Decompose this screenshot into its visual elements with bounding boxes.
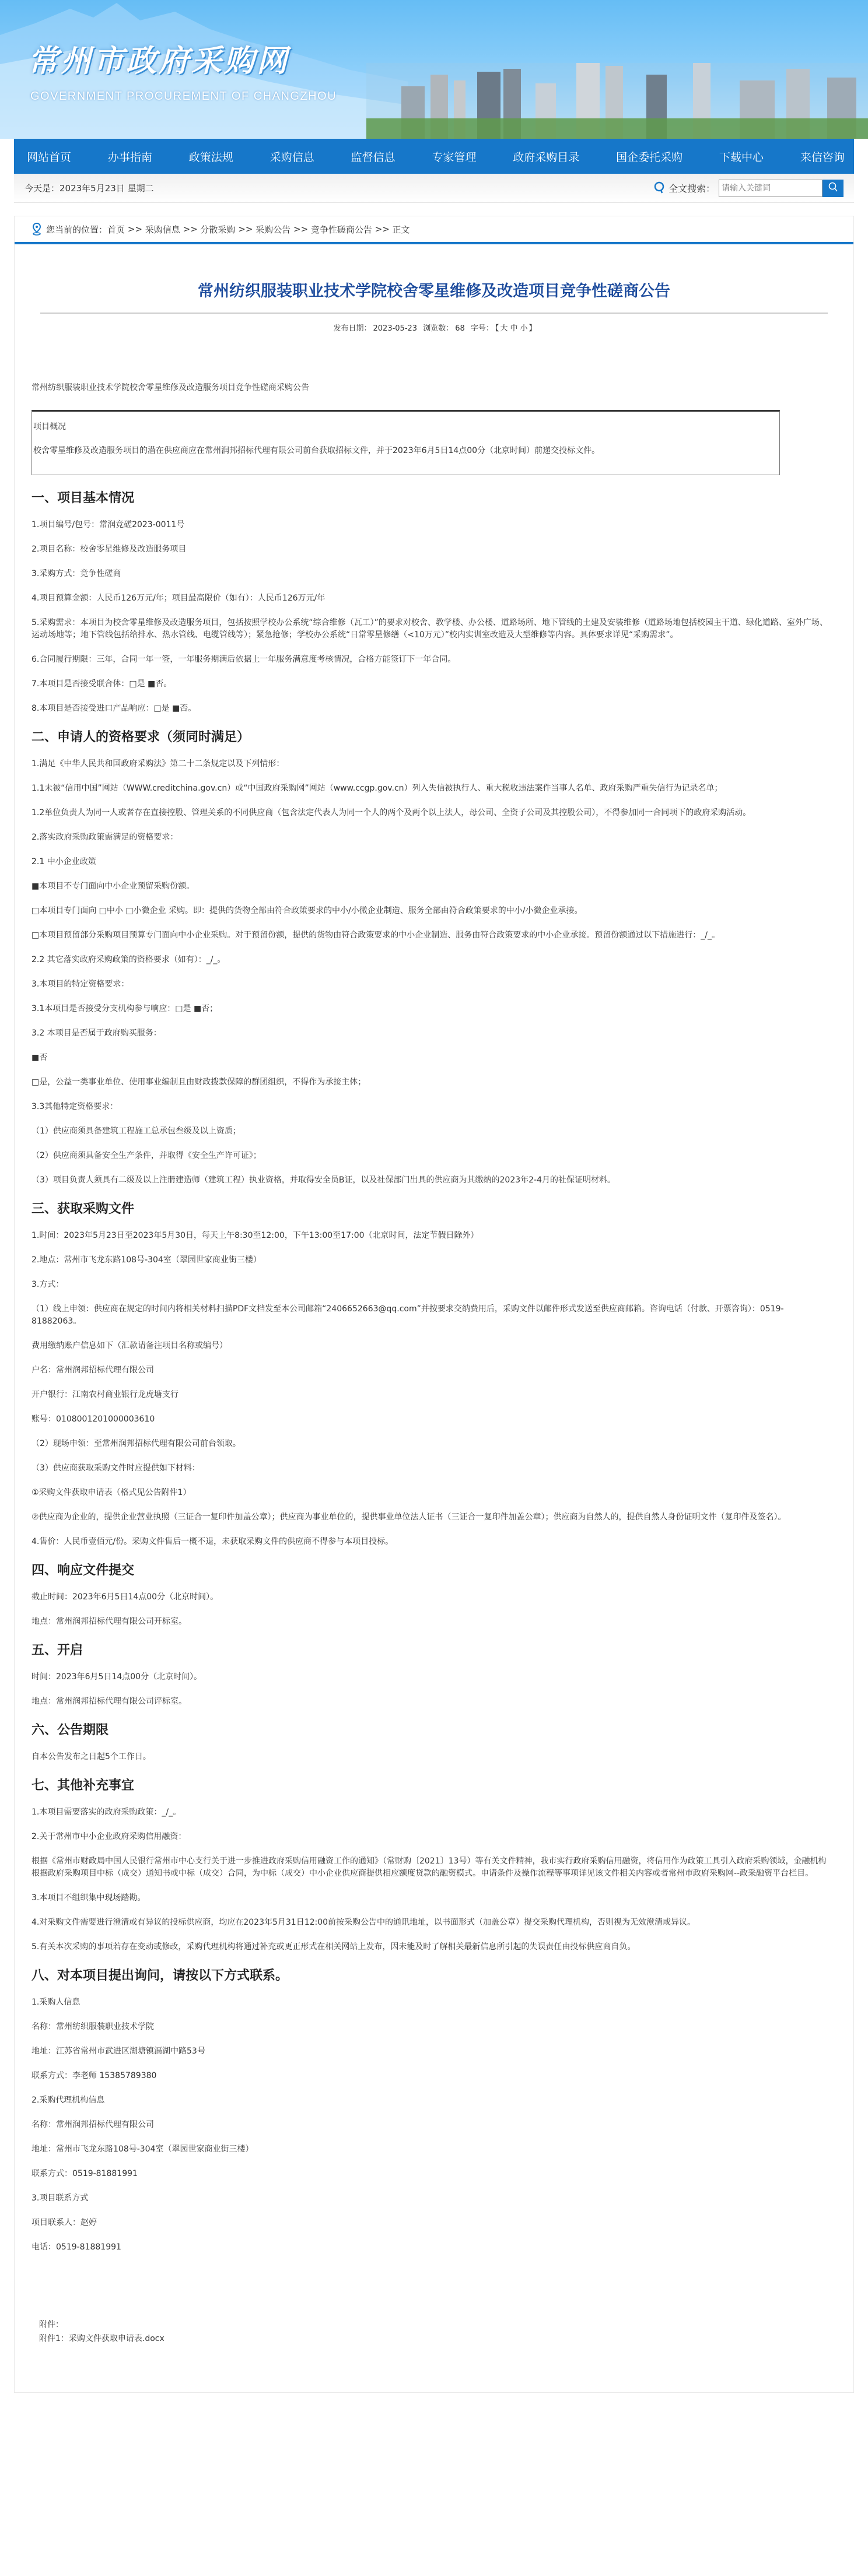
section-paragraph: 3.1本项目是否接受分支机构参与响应：□是 ■否； [32,1003,829,1015]
breadcrumb-decentralized[interactable]: 分散采购 [200,223,235,236]
section-heading: 六、公告期限 [32,1720,829,1738]
nav-item-catalog[interactable]: 政府采购目录 [513,149,579,164]
search-label: 全文搜索： [668,181,715,195]
section-paragraph: 5.有关本次采购的事项若存在变动或修改，采购代理机构将通过补充或更正形式在相关网… [32,1941,829,1953]
section-paragraph: 6.合同履行期限：三年，合同一年一签，一年服务期满后依据上一年服务满意度考核情况… [32,654,829,666]
article-body: 常州纺织服装职业技术学院校舍零星维修及改造服务项目竞争性磋商采购公告 项目概况 … [15,382,853,2254]
fulltext-search: 全文搜索： [653,180,843,197]
section-paragraph: 1.2单位负责人为同一人或者存在直接控股、管理关系的不同供应商（包含法定代表人为… [32,807,829,819]
section-paragraph: □本项目预留部分采购项目预算专门面向中小企业采购。对于预留份额，提供的货物由符合… [32,929,829,942]
font-size-bracket: 【 [495,324,499,333]
section-paragraph: 2.采购代理机构信息 [32,2094,829,2107]
project-overview-box: 项目概况 校舍零星维修及改造服务项目的潜在供应商应在常州润邦招标代理有限公司前台… [32,410,780,475]
section-paragraph: 1.本项目需要落实的政府采购政策：_/_。 [32,1806,829,1819]
section-paragraph: 4.对采购文件需要进行澄清或有异议的投标供应商，均应在2023年5月31日12:… [32,1917,829,1929]
site-subtitle: GOVERNMENT PROCUREMENT OF CHANGZHOU [30,90,337,103]
breadcrumb-home[interactable]: 首页 [107,223,125,236]
section-paragraph: 3.本项目不组织集中现场踏勘。 [32,1892,829,1904]
nav-item-soe-procurement[interactable]: 国企委托采购 [616,149,682,164]
search-button[interactable] [822,180,843,197]
nav-item-guide[interactable]: 办事指南 [108,149,152,164]
spacer [15,2346,853,2381]
section-paragraph: 4.项目预算金额：人民币126万元/年；项目最高限价（如有）：人民币126万元/… [32,592,829,605]
section-paragraph: 2.2 其它落实政府采购政策的资格要求（如有）：_/_。 [32,954,829,966]
location-pin-icon [32,223,41,236]
section-paragraph: 3.项目联系方式 [32,2192,829,2205]
section-paragraph: □本项目专门面向 □中小 □小微企业 采购。即：提供的货物全部由符合政策要求的中… [32,905,829,917]
today-date: 今天是：2023年5月23日 星期二 [24,182,154,194]
breadcrumb-procurement-info[interactable]: 采购信息 [145,223,180,236]
breadcrumb-separator: >> [235,224,256,234]
nav-item-experts[interactable]: 专家管理 [432,149,476,164]
page-bottom-spacer [0,2393,868,2426]
section-heading: 五、开启 [32,1640,829,1658]
section-paragraph: 3.3其他特定资格要求： [32,1101,829,1113]
search-icon [653,181,665,196]
views-label: 浏览数： [423,324,453,333]
breadcrumb-consultation-notice[interactable]: 竞争性磋商公告 [311,223,372,236]
font-size-label: 字号： [471,324,494,333]
breadcrumb-separator: >> [125,224,145,234]
breadcrumb-current: 正文 [393,223,410,236]
section-paragraph: 费用缴纳账户信息如下（汇款请备注项目名称或编号） [32,1340,829,1352]
section-heading: 七、其他补充事宜 [32,1775,829,1794]
overview-heading: 项目概况 [33,421,778,433]
section-paragraph: 联系方式：0519-81881991 [32,2168,829,2180]
article-sections: 一、项目基本情况1.项目编号/包号：常润竞磋2023-0011号2.项目名称：校… [32,488,829,2254]
section-paragraph: 4.售价：人民币壹佰元/份。采购文件售后一概不退，未获取采购文件的供应商不得参与… [32,1536,829,1548]
section-paragraph: 2.项目名称：校舍零星维修及改造服务项目 [32,543,829,556]
magnifier-icon [828,182,838,195]
section-paragraph: 2.落实政府采购政策需满足的资格要求： [32,831,829,844]
section-paragraph: 项目联系人：赵婷 [32,2217,829,2229]
breadcrumb-separator: >> [372,224,393,234]
city-skyline-image [366,63,868,139]
font-size-large[interactable]: 大 [500,324,508,333]
section-paragraph: （3）供应商获取采购文件时应提供如下材料： [32,1462,829,1475]
section-paragraph: （3）项目负责人须具有二级及以上注册建造师（建筑工程）执业资格，并取得安全员B证… [32,1174,829,1187]
views-count: 68 [455,324,465,333]
section-paragraph: 8.本项目是否接受进口产品响应：□是 ■否。 [32,703,829,715]
section-paragraph: 时间：2023年6月5日14点00分（北京时间）。 [32,1671,829,1683]
section-paragraph: 自本公告发布之日起5个工作日。 [32,1751,829,1763]
nav-item-home[interactable]: 网站首页 [27,149,71,164]
font-size-bracket: 】 [528,324,536,333]
breadcrumb-announcements[interactable]: 采购公告 [256,223,290,236]
section-paragraph: 截止时间：2023年6月5日14点00分（北京时间）。 [32,1591,829,1603]
section-paragraph: 5.采购需求：本项目为校舍零星维修及改造服务项目，包括按照学校办公系统“综合维修… [32,617,829,641]
section-paragraph: 2.1 中小企业政策 [32,856,829,868]
overview-text: 校舍零星维修及改造服务项目的潜在供应商应在常州润邦招标代理有限公司前台获取招标文… [33,445,778,457]
section-paragraph: 开户银行：江南农村商业银行龙虎塘支行 [32,1389,829,1401]
section-paragraph: 户名：常州润邦招标代理有限公司 [32,1364,829,1377]
section-heading: 二、申请人的资格要求（须同时满足） [32,727,829,745]
section-paragraph: ①采购文件获取申请表（格式见公告附件1） [32,1487,829,1499]
section-paragraph: 7.本项目是否接受联合体：□是 ■否。 [32,678,829,690]
section-paragraph: 2.关于常州市中小企业政府采购信用融资： [32,1831,829,1843]
nav-item-supervision[interactable]: 监督信息 [351,149,395,164]
section-paragraph: 3.采购方式：竞争性磋商 [32,568,829,580]
section-paragraph: ■本项目不专门面向中小企业预留采购份额。 [32,880,829,893]
title-divider [40,313,828,314]
section-paragraph: □是，公益一类事业单位、使用事业编制且由财政拨款保障的群团组织，不得作为承接主体… [32,1076,829,1089]
section-heading: 四、响应文件提交 [32,1560,829,1578]
breadcrumb: 您当前的位置： 首页 >> 采购信息 >> 分散采购 >> 采购公告 >> 竞争… [15,216,853,244]
attachments-label: 附件： [39,2318,853,2332]
section-paragraph: （2）现场申领：至常州润邦招标代理有限公司前台领取。 [32,1438,829,1450]
breadcrumb-separator: >> [290,224,311,234]
nav-item-policy[interactable]: 政策法规 [189,149,233,164]
search-input[interactable] [719,180,822,197]
publish-date: 2023-05-23 [373,324,418,333]
nav-item-downloads[interactable]: 下载中心 [719,149,764,164]
site-banner: 常州市政府采购网 GOVERNMENT PROCUREMENT OF CHANG… [0,0,868,139]
section-paragraph: 名称：常州润邦招标代理有限公司 [32,2119,829,2131]
article-meta: 发布日期：2023-05-23 浏览数：68 字号：【大中小】 [15,322,853,333]
section-paragraph: 名称：常州纺织服装职业技术学院 [32,2021,829,2033]
section-paragraph: 3.本项目的特定资格要求： [32,978,829,991]
font-size-small[interactable]: 小 [520,324,527,333]
publish-label: 发布日期： [333,324,371,333]
section-heading: 一、项目基本情况 [32,488,829,506]
site-title: 常州市政府采购网 [28,36,289,80]
section-paragraph: 1.采购人信息 [32,1996,829,2009]
section-paragraph: 3.方式： [32,1279,829,1291]
section-paragraph: 1.项目编号/包号：常润竞磋2023-0011号 [32,519,829,531]
article-title: 常州纺织服装职业技术学院校舍零星维修及改造项目竞争性磋商公告 [15,278,853,313]
section-paragraph: ■否 [32,1052,829,1064]
section-paragraph: （1）线上申领：供应商在规定的时间内将相关材料扫描PDF文档发至本公司邮箱“24… [32,1303,829,1328]
section-paragraph: 联系方式：李老师 15385789380 [32,2070,829,2082]
attachment-link[interactable]: 附件1：采购文件获取申请表.docx [39,2334,164,2343]
section-paragraph: 根据《常州市财政局中国人民银行常州市中心支行关于进一步推进政府采购信用融资工作的… [32,1855,829,1880]
section-paragraph: 地点：常州润邦招标代理有限公司评标室。 [32,1696,829,1708]
section-paragraph: 1.时间：2023年5月23日至2023年5月30日，每天上午8:30至12:0… [32,1230,829,1242]
section-heading: 八、对本项目提出询问，请按以下方式联系。 [32,1966,829,1984]
section-paragraph: 地点：常州润邦招标代理有限公司开标室。 [32,1616,829,1628]
date-search-bar: 今天是：2023年5月23日 星期二 全文搜索： [14,174,854,203]
section-paragraph: 电话：0519-81881991 [32,2241,829,2254]
section-heading: 三、获取采购文件 [32,1199,829,1217]
section-paragraph: 1.1未被“信用中国”网站（WWW.creditchina.gov.cn）或“中… [32,782,829,795]
section-paragraph: ②供应商为企业的，提供企业营业执照（三证合一复印件加盖公章）；供应商为事业单位的… [32,1511,829,1524]
section-paragraph: 地址：江苏省常州市武进区湖塘镇滆湖中路53号 [32,2045,829,2058]
main-nav: 网站首页 办事指南 政策法规 采购信息 监督信息 专家管理 政府采购目录 国企委… [14,139,854,174]
section-paragraph: 2.地点：常州市飞龙东路108号-304室（翠园世家商业街三楼） [32,1254,829,1266]
section-paragraph: 地址：常州市飞龙东路108号-304室（翠园世家商业街三楼） [32,2143,829,2156]
section-paragraph: 3.2 本项目是否属于政府购买服务： [32,1027,829,1040]
section-paragraph: （2）供应商须具备安全生产条件，并取得《安全生产许可证》； [32,1150,829,1162]
section-paragraph: （1）供应商须具备建筑工程施工总承包叁级及以上资质； [32,1125,829,1138]
font-size-medium[interactable]: 中 [510,324,517,333]
nav-item-consultation[interactable]: 来信咨询 [800,149,845,164]
intro-line: 常州纺织服装职业技术学院校舍零星维修及改造服务项目竞争性磋商采购公告 [32,382,829,394]
article-container: 您当前的位置： 首页 >> 采购信息 >> 分散采购 >> 采购公告 >> 竞争… [14,216,854,2393]
attachments: 附件： 附件1：采购文件获取申请表.docx [15,2318,853,2346]
breadcrumb-separator: >> [180,224,201,234]
breadcrumb-prefix: 您当前的位置： [46,223,107,236]
section-paragraph: 账号：0108001201000003610 [32,1413,829,1426]
nav-item-procurement-info[interactable]: 采购信息 [270,149,314,164]
section-paragraph: 1.满足《中华人民共和国政府采购法》第二十二条规定以及下列情形： [32,758,829,770]
